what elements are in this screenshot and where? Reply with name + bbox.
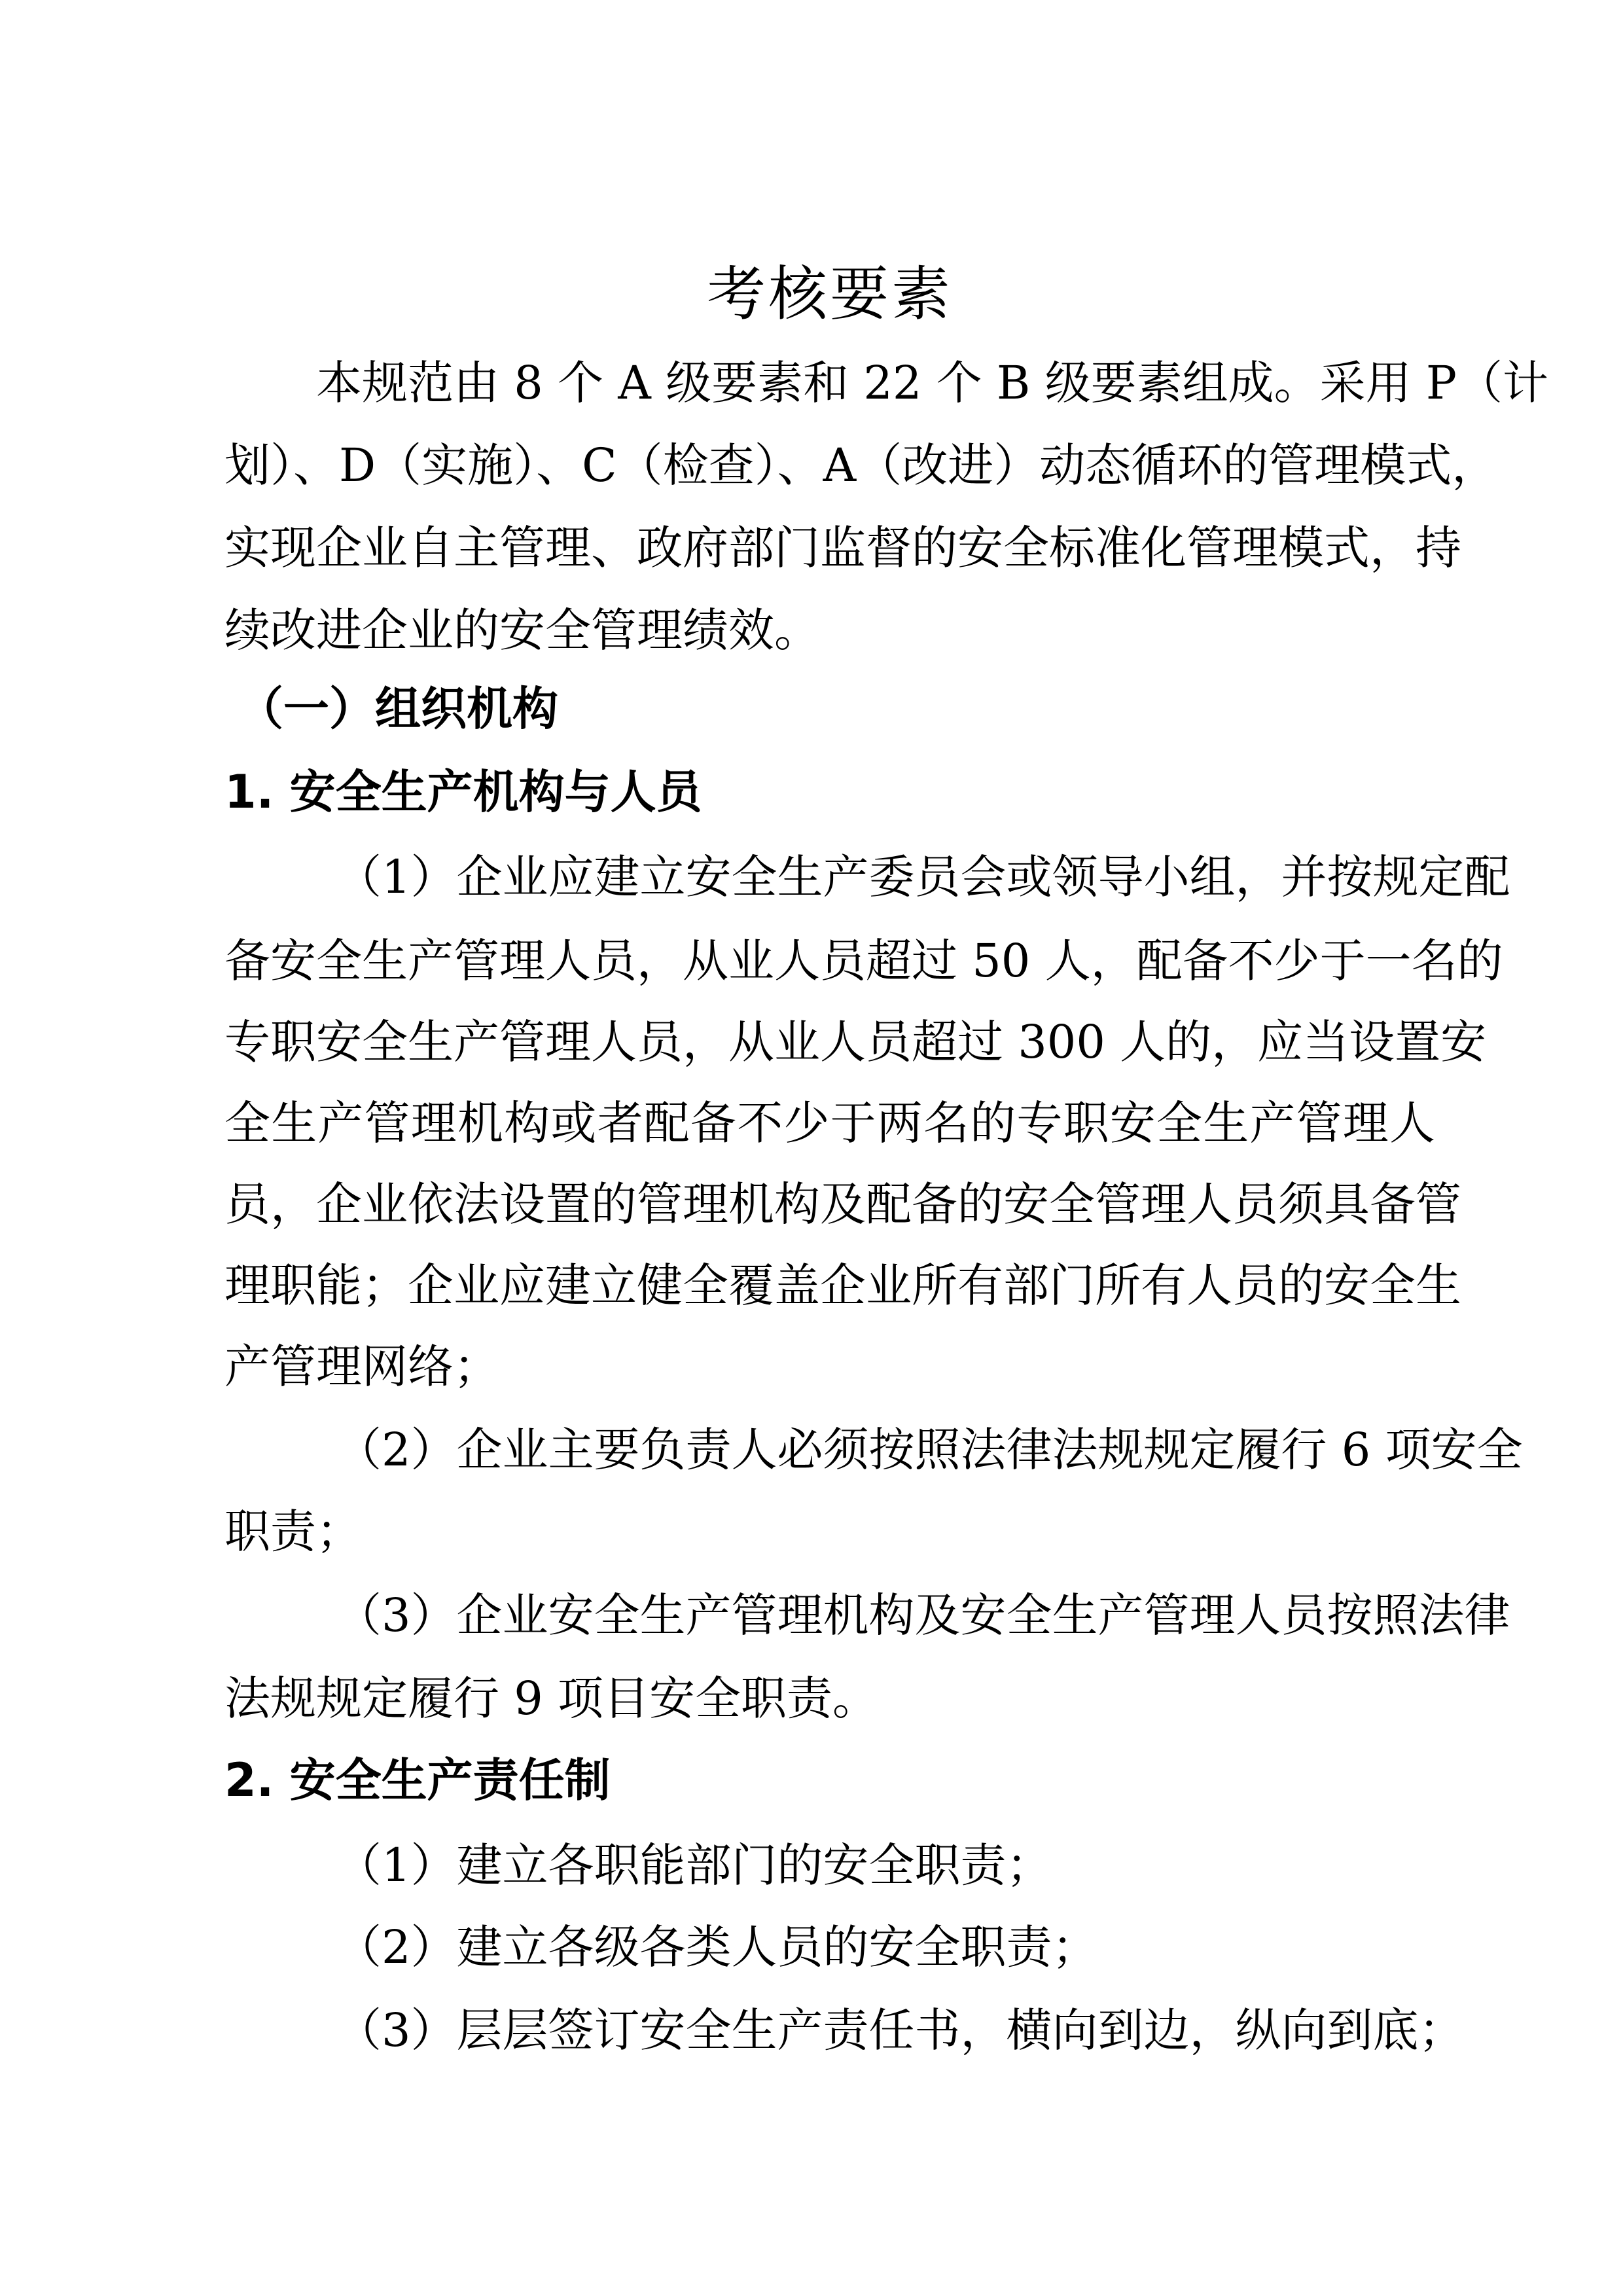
item-line: 产管理网络；: [224, 1334, 1435, 1399]
item-line: 职责；: [224, 1499, 1435, 1564]
item-line: 法规规定履行 9 项目安全职责。: [224, 1666, 1435, 1731]
item-line: （1）建立各职能部门的安全职责；: [224, 1833, 1435, 1898]
intro-line: 实现企业自主管理、政府部门监督的安全标准化管理模式，持: [224, 515, 1435, 581]
section-heading: （一）组织机构: [224, 676, 1448, 742]
subsection-heading: 2. 安全生产责任制: [224, 1748, 1435, 1813]
intro-line: 续改进企业的安全管理绩效。: [224, 598, 1435, 663]
intro-line: 划）、D（实施）、C（检查）、A（改进）动态循环的管理模式，: [224, 433, 1435, 498]
item-line: （1）企业应建立安全生产委员会或领导小组，并按规定配: [224, 844, 1435, 910]
item-line: 理职能；企业应建立健全覆盖企业所有部门所有人员的安全生: [224, 1253, 1435, 1318]
page-title: 考核要素: [224, 259, 1435, 331]
item-line: 备安全生产管理人员，从业人员超过 50 人，配备不少于一名的: [224, 928, 1435, 994]
intro-line: 本规范由 8 个 A 级要素和 22 个 B 级要素组成。采用 P（计: [224, 350, 1435, 416]
item-line: （3）层层签订安全生产责任书，横向到边，纵向到底；: [224, 1998, 1435, 2063]
item-line: 全生产管理机构或者配备不少于两名的专职安全生产管理人: [224, 1090, 1435, 1156]
subsection-heading: 1. 安全生产机构与人员: [224, 759, 1435, 825]
item-line: 员，企业依法设置的管理机构及配备的安全管理人员须具备管: [224, 1172, 1435, 1237]
item-line: （2）建立各级各类人员的安全职责；: [224, 1914, 1435, 1980]
item-line: （3）企业安全生产管理机构及安全生产管理人员按照法律: [224, 1583, 1435, 1648]
item-line: 专职安全生产管理人员，从业人员超过 300 人的，应当设置安: [224, 1009, 1435, 1075]
item-line: （2）企业主要负责人必须按照法律法规规定履行 6 项安全: [224, 1417, 1435, 1482]
